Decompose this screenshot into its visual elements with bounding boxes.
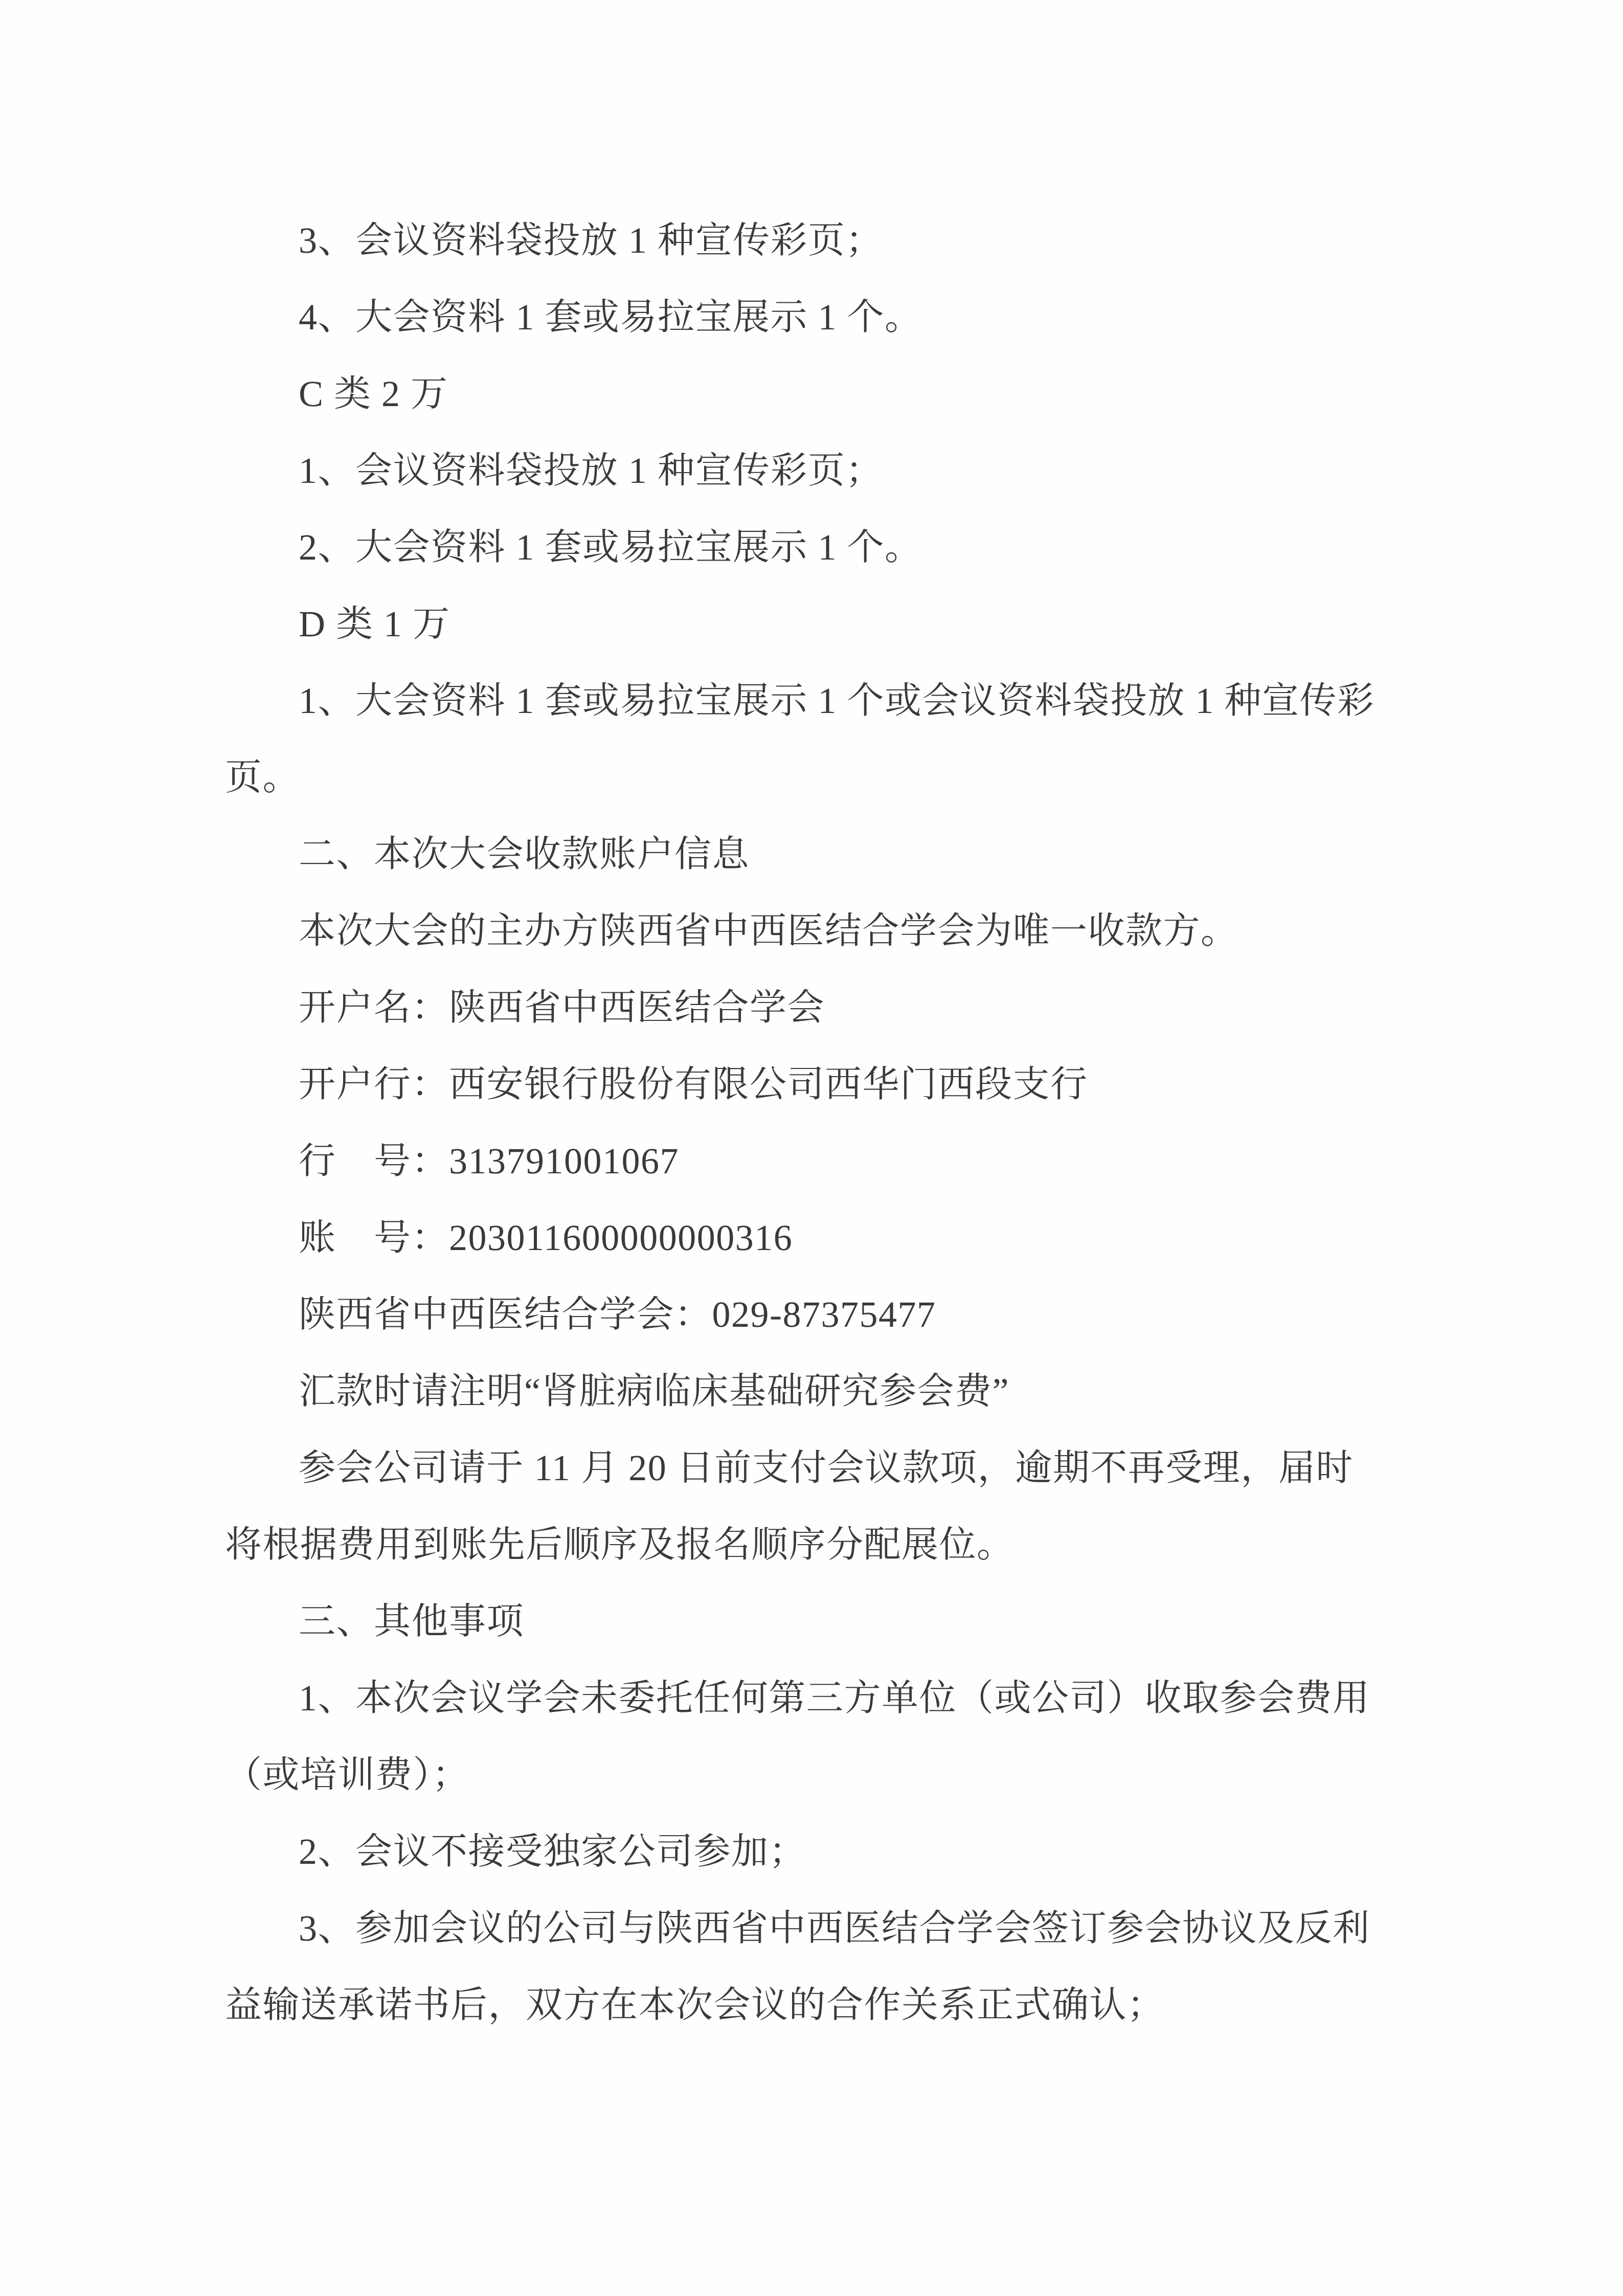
document-line: 将根据费用到账先后顺序及报名顺序分配展位。: [225, 1506, 1503, 1583]
document-line: 益输送承诺书后，双方在本次会议的合作关系正式确认；: [225, 1967, 1503, 2043]
document-line: （或培训费）；: [225, 1736, 1503, 1813]
document-line: 本次大会的主办方陕西省中西医结合学会为唯一收款方。: [225, 893, 1503, 969]
document-line: 3、会议资料袋投放 1 种宣传彩页；: [225, 202, 1503, 279]
document-line: 开户行：西安银行股份有限公司西华门西段支行: [225, 1046, 1503, 1123]
document-line: C 类 2 万: [225, 355, 1503, 432]
document-line: 二、本次大会收款账户信息: [225, 816, 1503, 893]
document-line: 2、大会资料 1 套或易拉宝展示 1 个。: [225, 509, 1503, 586]
document-line: 1、本次会议学会未委托任何第三方单位（或公司）收取参会费用: [225, 1660, 1503, 1736]
document-line: 账 号：203011600000000316: [225, 1199, 1503, 1276]
document-text-block: 3、会议资料袋投放 1 种宣传彩页；4、大会资料 1 套或易拉宝展示 1 个。C…: [225, 202, 1503, 2043]
document-line: D 类 1 万: [225, 586, 1503, 662]
document-line: 参会公司请于 11 月 20 日前支付会议款项，逾期不再受理，届时: [225, 1430, 1503, 1506]
scanned-document-page: 3、会议资料袋投放 1 种宣传彩页；4、大会资料 1 套或易拉宝展示 1 个。C…: [0, 0, 1623, 2296]
document-line: 开户名：陕西省中西医结合学会: [225, 969, 1503, 1046]
document-line: 三、其他事项: [225, 1583, 1503, 1660]
document-line: 页。: [225, 739, 1503, 816]
document-line: 陕西省中西医结合学会：029-87375477: [225, 1276, 1503, 1353]
document-line: 汇款时请注明“肾脏病临床基础研究参会费”: [225, 1353, 1503, 1430]
document-line: 4、大会资料 1 套或易拉宝展示 1 个。: [225, 279, 1503, 355]
document-line: 1、会议资料袋投放 1 种宣传彩页；: [225, 432, 1503, 509]
document-line: 3、参加会议的公司与陕西省中西医结合学会签订参会协议及反利: [225, 1890, 1503, 1967]
document-line: 2、会议不接受独家公司参加；: [225, 1813, 1503, 1890]
document-line: 行 号：313791001067: [225, 1123, 1503, 1199]
document-line: 1、大会资料 1 套或易拉宝展示 1 个或会议资料袋投放 1 种宣传彩: [225, 662, 1503, 739]
